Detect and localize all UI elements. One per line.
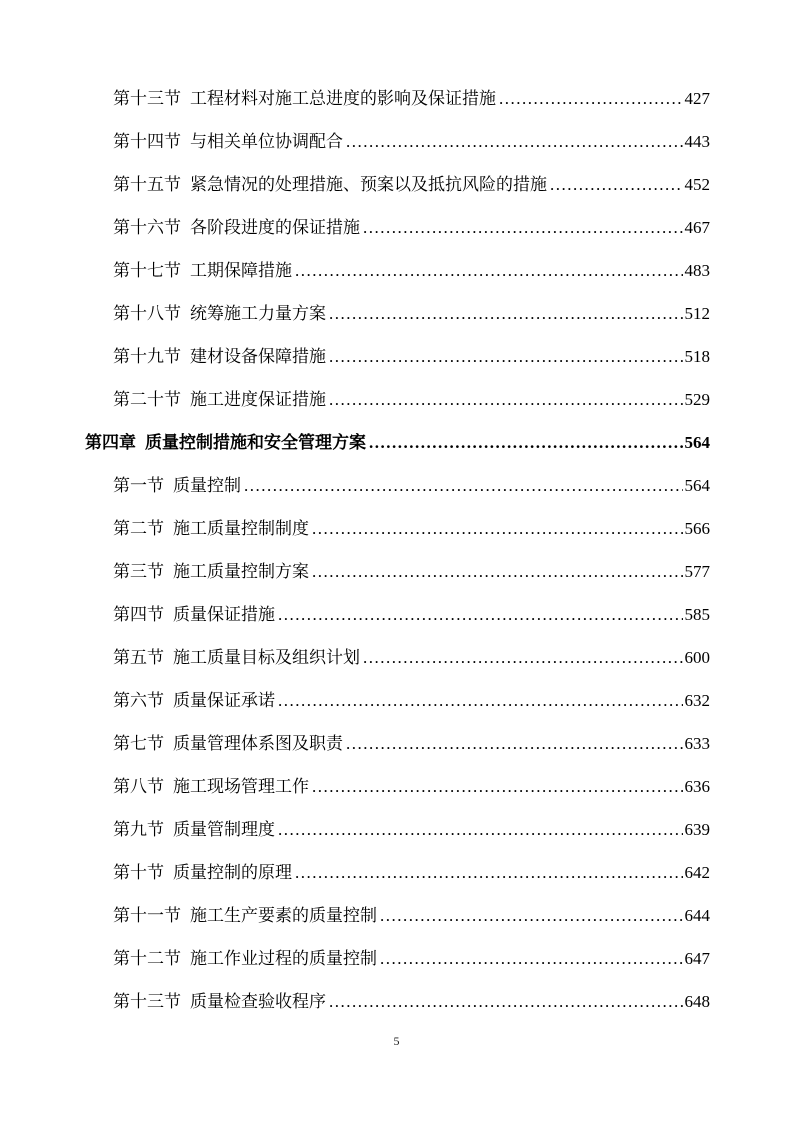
toc-entry-title: 工程材料对施工总进度的影响及保证措施: [190, 88, 496, 110]
toc-entry-number: 第十一节: [113, 905, 181, 927]
toc-entry-title: 施工现场管理工作: [173, 776, 309, 798]
document-page: 第十三节 工程材料对施工总进度的影响及保证措施 427 第十四节 与相关单位协调…: [0, 0, 793, 1122]
toc-entry[interactable]: 第一节 质量控制 564: [85, 475, 710, 497]
toc-entry-page: 577: [685, 561, 711, 583]
toc-entry-number: 第二十节: [113, 389, 181, 411]
toc-dot-leader: [329, 991, 683, 1013]
toc-entry-number: 第一节: [113, 475, 164, 497]
toc-dot-leader: [278, 604, 683, 626]
toc-entry-page: 427: [685, 88, 711, 110]
toc-entry-page: 529: [685, 389, 711, 411]
toc-dot-leader: [346, 131, 683, 153]
toc-entry-number: 第三节: [113, 561, 164, 583]
toc-dot-leader: [346, 733, 683, 755]
toc-entry-title: 与相关单位协调配合: [190, 131, 343, 153]
toc-entry-page: 642: [685, 862, 711, 884]
toc-dot-leader: [363, 217, 683, 239]
toc-dot-leader: [329, 346, 683, 368]
toc-entry[interactable]: 第九节 质量管制理度 639: [85, 819, 710, 841]
toc-entry-number: 第九节: [113, 819, 164, 841]
toc-dot-leader: [363, 647, 683, 669]
toc-dot-leader: [244, 475, 683, 497]
toc-entry[interactable]: 第十四节 与相关单位协调配合 443: [85, 131, 710, 153]
toc-dot-leader: [312, 518, 683, 540]
toc-entry-page: 633: [685, 733, 711, 755]
toc-entry-page: 443: [685, 131, 711, 153]
toc-dot-leader: [369, 432, 683, 454]
toc-entry-title: 施工质量目标及组织计划: [173, 647, 360, 669]
toc-entry-number: 第四节: [113, 604, 164, 626]
toc-entry[interactable]: 第十九节 建材设备保障措施 518: [85, 346, 710, 368]
toc-entry-title: 施工生产要素的质量控制: [190, 905, 377, 927]
toc-entry-page: 452: [685, 174, 711, 196]
toc-entry[interactable]: 第十六节 各阶段进度的保证措施 467: [85, 217, 710, 239]
toc-dot-leader: [329, 303, 683, 325]
toc-dot-leader: [312, 776, 683, 798]
toc-entry-page: 600: [685, 647, 711, 669]
toc-entry-page: 467: [685, 217, 711, 239]
toc-entry-page: 585: [685, 604, 711, 626]
toc-entry-page: 518: [685, 346, 711, 368]
toc-entry[interactable]: 第十五节 紧急情况的处理措施、预案以及抵抗风险的措施 452: [85, 174, 710, 196]
toc-entry-title: 施工进度保证措施: [190, 389, 326, 411]
toc-entry[interactable]: 第十八节 统筹施工力量方案 512: [85, 303, 710, 325]
toc-entry-page: 644: [685, 905, 711, 927]
toc-entry-number: 第十三节: [113, 88, 181, 110]
toc-entry-title: 质量保证承诺: [173, 690, 275, 712]
toc-entry-title: 紧急情况的处理措施、预案以及抵抗风险的措施: [190, 174, 547, 196]
toc-dot-leader: [329, 389, 683, 411]
toc-entry-number: 第十七节: [113, 260, 181, 282]
toc-entry-title: 工期保障措施: [190, 260, 292, 282]
toc-entry-title: 统筹施工力量方案: [190, 303, 326, 325]
toc-entry-number: 第十八节: [113, 303, 181, 325]
toc-entry[interactable]: 第十三节 质量检查验收程序 648: [85, 991, 710, 1013]
toc-entry[interactable]: 第二十节 施工进度保证措施 529: [85, 389, 710, 411]
toc-entry[interactable]: 第五节 施工质量目标及组织计划 600: [85, 647, 710, 669]
toc-dot-leader: [499, 88, 683, 110]
toc-entry[interactable]: 第七节 质量管理体系图及职责 633: [85, 733, 710, 755]
toc-entry[interactable]: 第十三节 工程材料对施工总进度的影响及保证措施 427: [85, 88, 710, 110]
toc-entry[interactable]: 第十节 质量控制的原理 642: [85, 862, 710, 884]
toc-entry-page: 564: [685, 475, 711, 497]
toc-entry-title: 质量检查验收程序: [190, 991, 326, 1013]
toc-entry-number: 第十九节: [113, 346, 181, 368]
toc-entry-page: 648: [685, 991, 711, 1013]
toc-entry-number: 第八节: [113, 776, 164, 798]
toc-entry[interactable]: 第十一节 施工生产要素的质量控制 644: [85, 905, 710, 927]
toc-entry[interactable]: 第十二节 施工作业过程的质量控制 647: [85, 948, 710, 970]
toc-entry[interactable]: 第四节 质量保证措施 585: [85, 604, 710, 626]
toc-entry-page: 512: [685, 303, 711, 325]
toc-entry[interactable]: 第八节 施工现场管理工作 636: [85, 776, 710, 798]
toc-entry-page: 566: [685, 518, 711, 540]
toc-entry-number: 第六节: [113, 690, 164, 712]
toc-entry[interactable]: 第十七节 工期保障措施 483: [85, 260, 710, 282]
toc-entry-number: 第十二节: [113, 948, 181, 970]
toc-entry-page: 647: [685, 948, 711, 970]
toc-entry[interactable]: 第二节 施工质量控制制度 566: [85, 518, 710, 540]
toc-entry-number: 第五节: [113, 647, 164, 669]
toc-entry-title: 质量管制理度: [173, 819, 275, 841]
toc-entry-number: 第七节: [113, 733, 164, 755]
table-of-contents: 第十三节 工程材料对施工总进度的影响及保证措施 427 第十四节 与相关单位协调…: [85, 88, 710, 1034]
toc-entry-page: 564: [685, 432, 711, 454]
toc-entry-page: 483: [685, 260, 711, 282]
toc-entry-number: 第十三节: [113, 991, 181, 1013]
toc-dot-leader: [550, 174, 683, 196]
toc-entry-number: 第十节: [113, 862, 164, 884]
toc-entry-title: 施工质量控制方案: [173, 561, 309, 583]
toc-dot-leader: [278, 690, 683, 712]
toc-entry[interactable]: 第四章 质量控制措施和安全管理方案 564: [85, 432, 710, 454]
toc-entry-title: 质量控制的原理: [173, 862, 292, 884]
toc-entry-page: 636: [685, 776, 711, 798]
toc-entry-title: 质量管理体系图及职责: [173, 733, 343, 755]
toc-dot-leader: [312, 561, 683, 583]
toc-entry-number: 第十五节: [113, 174, 181, 196]
toc-dot-leader: [380, 905, 683, 927]
toc-entry-number: 第十六节: [113, 217, 181, 239]
toc-entry-page: 639: [685, 819, 711, 841]
toc-entry-number: 第二节: [113, 518, 164, 540]
toc-dot-leader: [295, 862, 683, 884]
footer-page-number: 5: [0, 1034, 793, 1049]
toc-entry[interactable]: 第三节 施工质量控制方案 577: [85, 561, 710, 583]
toc-entry-title: 施工质量控制制度: [173, 518, 309, 540]
toc-dot-leader: [380, 948, 683, 970]
toc-entry-title: 质量控制措施和安全管理方案: [145, 432, 366, 454]
toc-entry-title: 质量控制: [173, 475, 241, 497]
toc-entry-title: 各阶段进度的保证措施: [190, 217, 360, 239]
toc-entry-title: 建材设备保障措施: [190, 346, 326, 368]
toc-entry-title: 质量保证措施: [173, 604, 275, 626]
toc-entry-title: 施工作业过程的质量控制: [190, 948, 377, 970]
toc-entry-number: 第十四节: [113, 131, 181, 153]
toc-entry-page: 632: [685, 690, 711, 712]
toc-dot-leader: [295, 260, 683, 282]
toc-dot-leader: [278, 819, 683, 841]
toc-entry[interactable]: 第六节 质量保证承诺 632: [85, 690, 710, 712]
toc-entry-number: 第四章: [85, 432, 136, 454]
